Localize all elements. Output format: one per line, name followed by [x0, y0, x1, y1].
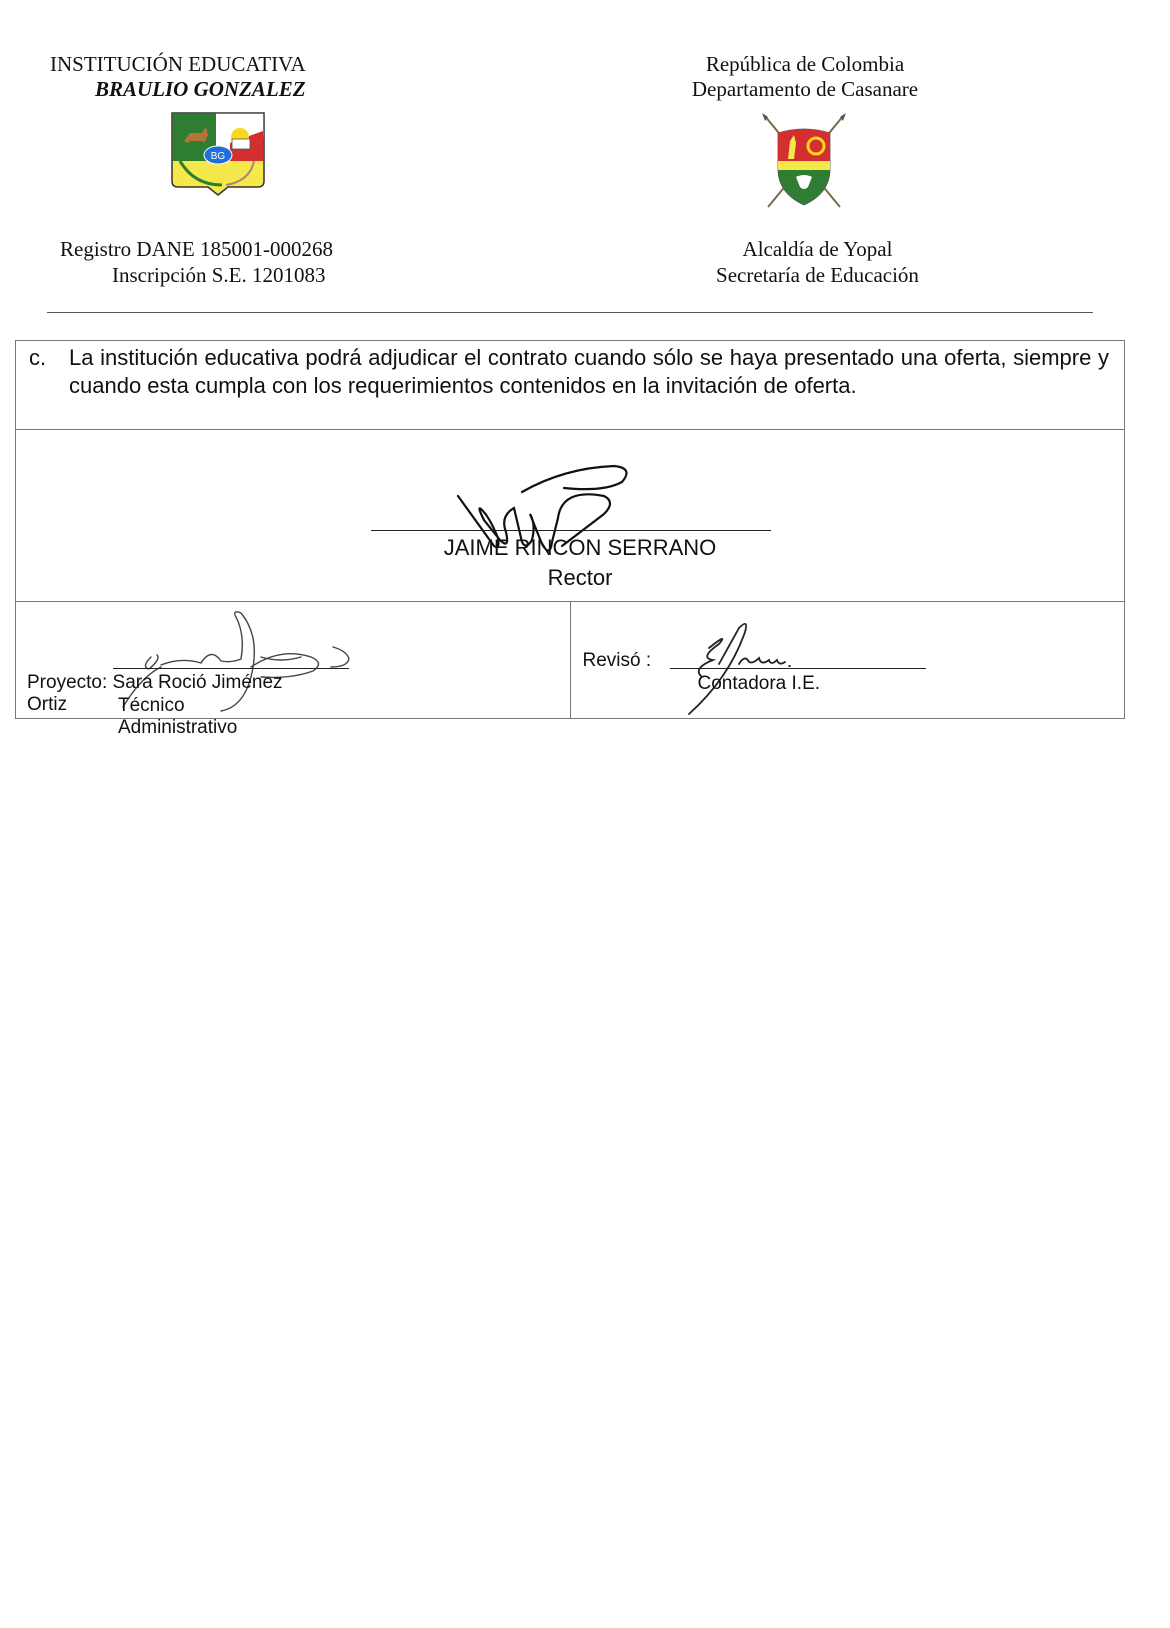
rector-signature-line [371, 530, 771, 531]
institution-name-line1: INSTITUCIÓN EDUCATIVA [50, 52, 306, 77]
dane-registry: Registro DANE 185001-000268 [60, 236, 333, 262]
project-role: Técnico Administrativo [118, 695, 293, 739]
crest-monogram: BG [211, 151, 226, 162]
clause-letter: c. [29, 344, 46, 372]
review-label: Revisó : [583, 650, 652, 672]
clause-cell: c. La institución educativa podrá adjudi… [16, 341, 1125, 430]
education-office: Secretaría de Educación [690, 262, 945, 288]
country-name: República de Colombia [660, 52, 950, 77]
se-inscription: Inscripción S.E. 1201083 [60, 262, 333, 288]
project-signature-cell: Proyecto: Sara Roció Jiménez Ortiz Técni… [16, 602, 571, 719]
review-signature-line [670, 668, 926, 669]
rector-title: Rector [16, 564, 1124, 592]
clause-text: La institución educativa podrá adjudicar… [69, 344, 1109, 400]
casanare-coat-of-arms-icon [760, 113, 850, 213]
institution-crest-icon: BG [170, 111, 266, 197]
header-divider [47, 312, 1093, 313]
rector-signature-cell: JAIME RINCON SERRANO Rector [16, 430, 1125, 602]
institution-name-line2: BRAULIO GONZALEZ [50, 77, 306, 102]
document-table: c. La institución educativa podrá adjudi… [15, 340, 1125, 719]
municipality-info: Alcaldía de Yopal Secretaría de Educació… [690, 236, 945, 288]
government-header: República de Colombia Departamento de Ca… [660, 52, 950, 102]
rector-name: JAIME RINCON SERRANO [16, 534, 1124, 562]
project-signature-line [113, 668, 349, 669]
institution-header: INSTITUCIÓN EDUCATIVA BRAULIO GONZALEZ [50, 52, 306, 102]
review-role: Contadora I.E. [698, 673, 821, 695]
department-name: Departamento de Casanare [660, 77, 950, 102]
municipality-name: Alcaldía de Yopal [690, 236, 945, 262]
review-signature-cell: Revisó : Contadora I.E. [570, 602, 1125, 719]
registry-info: Registro DANE 185001-000268 Inscripción … [60, 236, 333, 288]
